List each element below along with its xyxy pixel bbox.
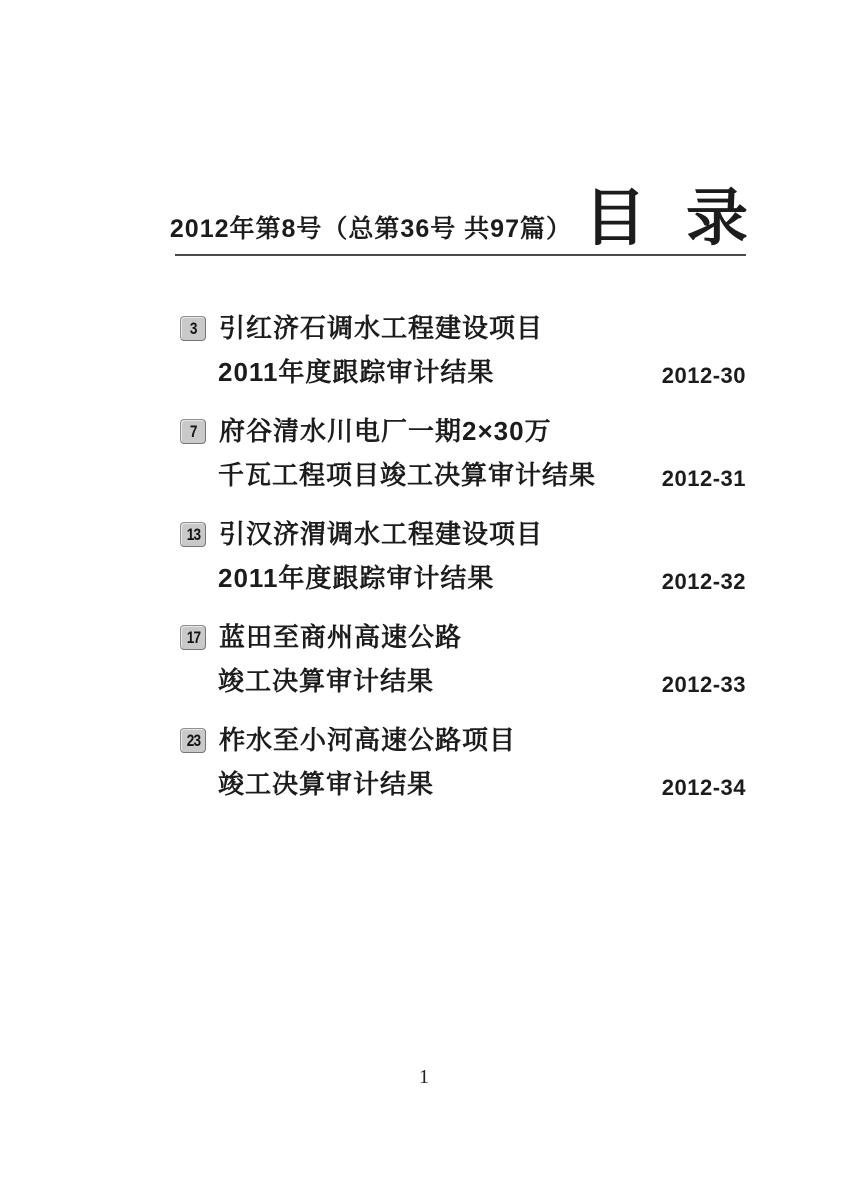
page-number-badge-label: 3: [190, 319, 197, 339]
toc-entry-row1: 7 府谷清水川电厂一期2×30万: [180, 417, 746, 445]
entry-title-line1: 引红济石调水工程建设项目: [219, 314, 543, 342]
entry-title-line2: 千瓦工程项目竣工决算审计结果: [218, 461, 596, 489]
entry-title-line2: 竣工决算审计结果: [218, 667, 434, 695]
doc-number: 2012-31: [662, 466, 746, 492]
toc-entry-row2: 千瓦工程项目竣工决算审计结果 2012-31: [218, 461, 746, 490]
entry-title-line1: 蓝田至商州高速公路: [219, 623, 462, 651]
toc-entry-row2: 2011年度跟踪审计结果 2012-32: [218, 564, 746, 593]
header-divider: [175, 254, 746, 256]
page-header: 2012年第8号（总第36号 共97篇） 目录: [175, 186, 748, 252]
page-number-badge: 17: [180, 625, 206, 650]
footer-page-number: 1: [419, 1066, 429, 1088]
toc-entry-row1: 13 引汉济渭调水工程建设项目: [180, 520, 746, 548]
toc-entry-row1: 17 蓝田至商州高速公路: [180, 623, 746, 651]
page-number-badge-label: 13: [186, 525, 200, 545]
page-number-badge-label: 23: [186, 731, 200, 751]
toc-entry-row2: 竣工决算审计结果 2012-34: [218, 770, 746, 799]
page-number-badge: 3: [180, 316, 206, 341]
entry-title-line2: 竣工决算审计结果: [218, 770, 434, 798]
doc-number: 2012-33: [662, 672, 746, 698]
toc-entry: 17 蓝田至商州高速公路 竣工决算审计结果 2012-33: [180, 623, 746, 696]
entry-title-line1: 柞水至小河高速公路项目: [219, 726, 516, 754]
entry-title-line2: 2011年度跟踪审计结果: [218, 564, 494, 592]
toc-entry: 7 府谷清水川电厂一期2×30万 千瓦工程项目竣工决算审计结果 2012-31: [180, 417, 746, 490]
page-number-badge-label: 7: [190, 422, 197, 442]
doc-number: 2012-34: [662, 775, 746, 801]
toc-entry: 3 引红济石调水工程建设项目 2011年度跟踪审计结果 2012-30: [180, 314, 746, 387]
page-number-badge: 7: [180, 419, 206, 444]
toc-entry-row1: 3 引红济石调水工程建设项目: [180, 314, 746, 342]
page-number-badge: 23: [180, 728, 206, 753]
page-number-badge: 13: [180, 522, 206, 547]
toc-list: 3 引红济石调水工程建设项目 2011年度跟踪审计结果 2012-30 7 府谷…: [180, 314, 746, 829]
doc-number: 2012-30: [662, 363, 746, 389]
page-number-badge-label: 17: [186, 628, 200, 648]
page-footer: 1: [0, 1066, 848, 1089]
toc-entry-row2: 2011年度跟踪审计结果 2012-30: [218, 358, 746, 387]
page-title: 目录: [584, 186, 788, 252]
issue-info: 2012年第8号（总第36号 共97篇）: [170, 209, 572, 245]
entry-title-line2: 2011年度跟踪审计结果: [218, 358, 494, 386]
entry-title-line1: 府谷清水川电厂一期2×30万: [219, 417, 552, 445]
toc-entry-row2: 竣工决算审计结果 2012-33: [218, 667, 746, 696]
toc-entry: 13 引汉济渭调水工程建设项目 2011年度跟踪审计结果 2012-32: [180, 520, 746, 593]
document-page: 2012年第8号（总第36号 共97篇） 目录 3 引红济石调水工程建设项目 2…: [0, 0, 848, 1200]
entry-title-line1: 引汉济渭调水工程建设项目: [219, 520, 543, 548]
toc-entry-row1: 23 柞水至小河高速公路项目: [180, 726, 746, 754]
toc-entry: 23 柞水至小河高速公路项目 竣工决算审计结果 2012-34: [180, 726, 746, 799]
doc-number: 2012-32: [662, 569, 746, 595]
